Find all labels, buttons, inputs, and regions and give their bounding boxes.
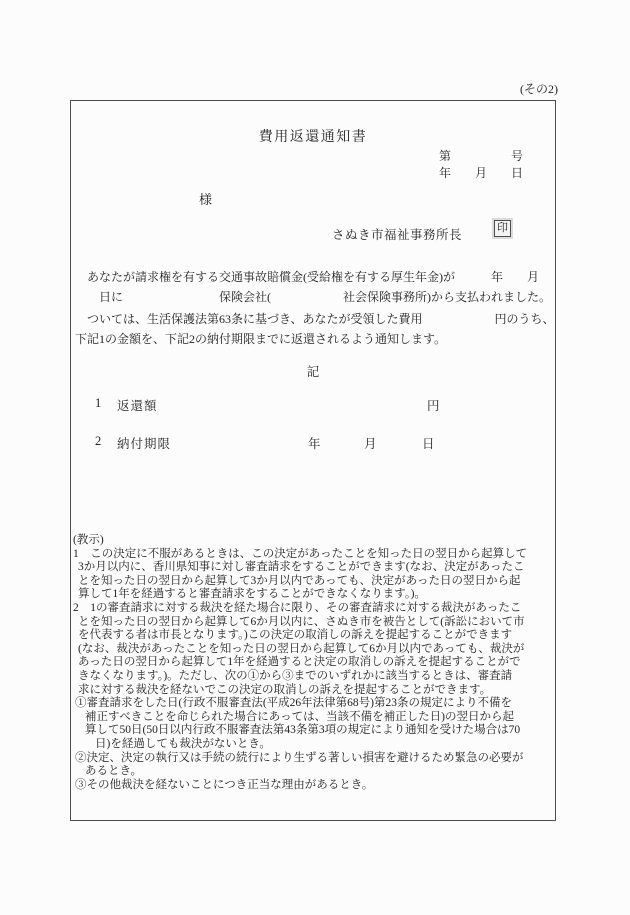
paragraph-1-line-2: 日に 保険会社( 社会保険事務所)から支払われました。 [75,287,551,307]
item-row-refund-amount: 1 返還額 円 [71,396,555,414]
kyoji-line: を代表する者は市長となります。)この決定の取消しの訴えを提起することができます [73,629,527,643]
month-unit-label: 月 [364,434,377,452]
document-page: (その2) 費用返還通知書 第 号 年 月 日 様 さぬき市福祉事務所長 印 あ… [0,0,630,915]
kyoji-line: 補正すべきことを命じられた場合にあっては、当該不備を補正した日)の翌日から起 [73,711,527,725]
paragraph-1-line-1: あなたが請求権を有する交通事故賠償金(受給権を有する厚生年金)が 年 月 [75,267,551,287]
kyoji-line: 2 1の審査請求に対する裁決を経た場合に限り、その審査請求に対する裁決があったこ [73,602,527,616]
item-2-number: 2 [95,434,101,449]
kyoji-line: 3か月以内に、香川県知事に対し審査請求をすることができます(なお、決定があったこ [73,561,527,575]
document-title: 費用返還通知書 [71,126,555,146]
doc-number-line: 第 号 [439,147,523,164]
day-unit-label: 日 [422,434,435,452]
issuer-name: さぬき市福祉事務所長 [332,225,462,243]
seal-stamp: 印 [494,220,511,237]
kyoji-item-2-line: ②決定、決定の執行又は手続の続行により生ずる著しい損害を避けるため緊急の必要が [73,752,527,766]
kyoji-line: あった日の翌日から起算して1年を経過すると決定の取消しの訴えを提起することがで [73,656,527,670]
document-border-box: 費用返還通知書 第 号 年 月 日 様 さぬき市福祉事務所長 印 あなたが請求権… [70,100,556,821]
kyoji-line: 1 この決定に不服があるときは、この決定があったことを知った日の翌日から起算して [73,548,527,562]
record-heading: 記 [71,362,555,380]
kyoji-item-1-line: ①審査請求をした日(行政不服審査法(平成26年法律第68号)第23条の規定により… [73,697,527,711]
kyoji-line: 算して1年を経過すると審査請求をすることができなくなります。)。 [73,588,527,602]
appeal-instructions-block: (教示) 1 この決定に不服があるときは、この決定があったことを知った日の翌日か… [73,534,527,792]
kyoji-line: あるとき。 [73,765,527,779]
kyoji-line: 求に対する裁決を経ないでこの決定の取消しの訴えを提起することができます。 [73,684,527,698]
addressee-sama-label: 様 [199,189,212,208]
item-row-payment-deadline: 2 納付期限 年 月 日 [71,434,555,452]
item-1-label: 返還額 [117,396,158,414]
body-paragraph-1: あなたが請求権を有する交通事故賠償金(受給権を有する厚生年金)が 年 月 日に … [75,267,551,307]
year-unit-label: 年 [308,434,321,452]
kyoji-line: 日)を経過しても裁決がないとき。 [73,738,527,752]
item-1-number: 1 [95,396,101,411]
kyoji-line: とを知った日の翌日から起算して3か月以内であっても、決定があった日の翌日から起 [73,575,527,589]
kyoji-item-3-line: ③その他裁決を経ないことにつき正当な理由があるとき。 [73,779,527,793]
page-number-label: (その2) [520,80,558,97]
kyoji-line: 算して50日(50日以内行政不服審査法第43条第3項の規定により通知を受けた場合… [73,724,527,738]
body-paragraph-2: ついては、生活保護法第63条に基づき、あなたが受領した費用 円のうち、 下記1の… [75,309,555,349]
paragraph-2-line-2: 下記1の金額を、下記2の納付期限までに返還されるよう通知します。 [75,329,555,349]
paragraph-2-line-1: ついては、生活保護法第63条に基づき、あなたが受領した費用 円のうち、 [75,309,555,329]
yen-unit-label: 円 [427,396,440,414]
issue-date-line: 年 月 日 [439,164,523,181]
item-2-label: 納付期限 [117,434,171,452]
kyoji-line: (なお、裁決があったことを知った日の翌日から起算して6か月以内であっても、裁決が [73,643,527,657]
kyoji-line: とを知った日の翌日から起算して6か月以内に、さぬき市を被告として(訴訟において市 [73,616,527,630]
kyoji-line: きなくなります。)。ただし、次の①から③までのいずれかに該当するときは、審査請 [73,670,527,684]
kyoji-heading: (教示) [73,534,527,548]
